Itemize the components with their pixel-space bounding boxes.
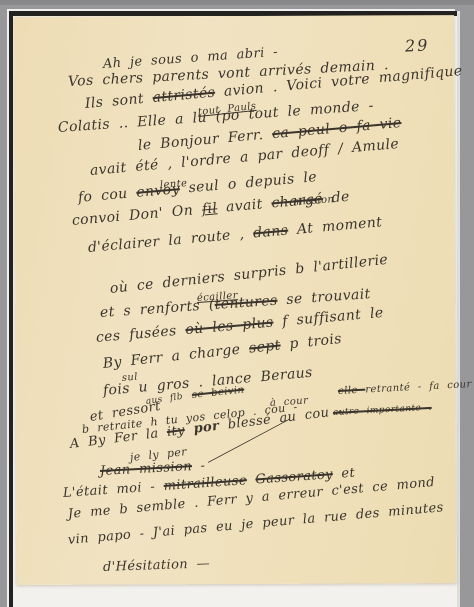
photo-mount — [9, 11, 457, 607]
manuscript-sheet — [14, 15, 456, 585]
background-shade — [0, 0, 474, 5]
scanned-manuscript-photo: 29 Ah je sous o ma abri -Vos chers paren… — [0, 0, 474, 607]
